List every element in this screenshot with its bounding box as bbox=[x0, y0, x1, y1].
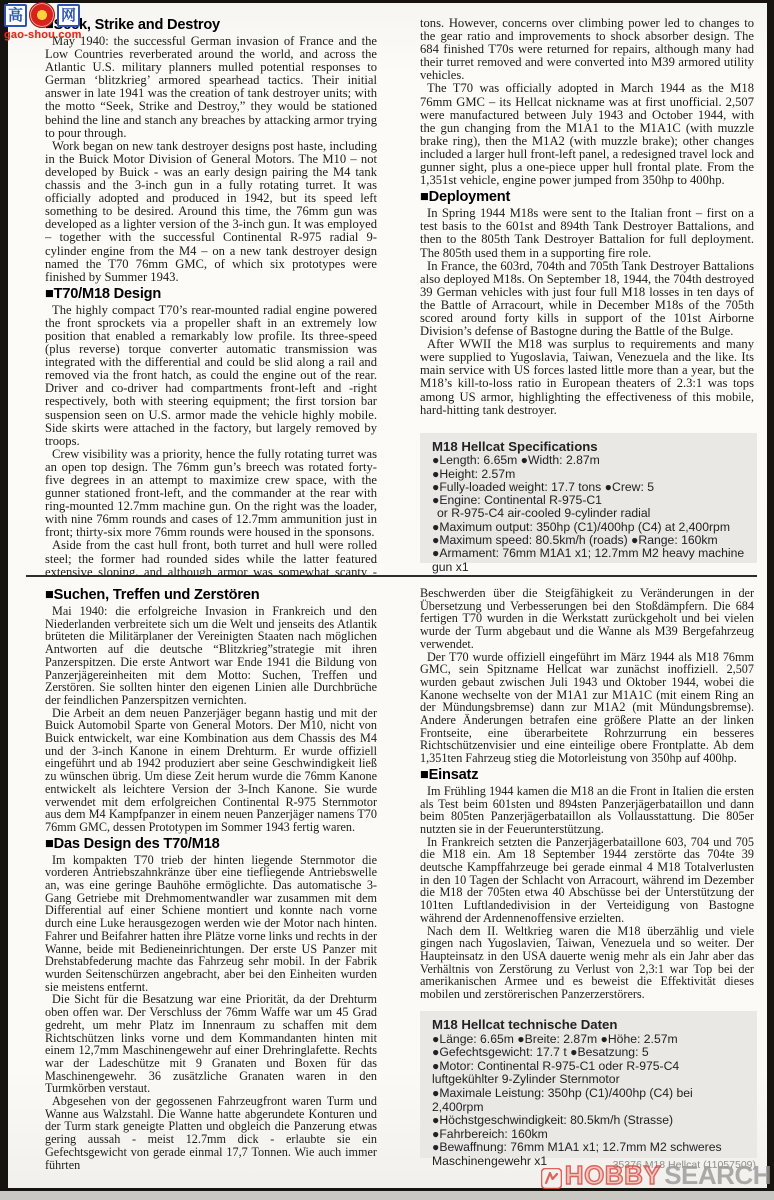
spec-line: ●Height: 2.57m bbox=[432, 468, 745, 481]
spec-line: ●Länge: 6.65m ●Breite: 2.87m ●Höhe: 2.57… bbox=[432, 1033, 745, 1047]
section-divider-rule bbox=[26, 575, 757, 577]
paragraph: Nach dem II. Weltkrieg waren die M18 übe… bbox=[420, 925, 754, 1001]
paragraph: After WWII the M18 was surplus to requir… bbox=[420, 338, 754, 417]
paragraph: Work began on new tank destroyer designs… bbox=[45, 140, 377, 284]
paragraph: Im kompakten T70 trieb der hinten liegen… bbox=[45, 854, 377, 994]
spec-line: ●Motor: Continental R-975-C1 oder R-975-… bbox=[432, 1060, 745, 1087]
german-right-column: Beschwerden über die Steigfähigkeit zu V… bbox=[420, 587, 754, 1007]
section-heading-suchen-treffen-zerstoeren: ■Suchen, Treffen und Zerstören bbox=[45, 587, 377, 604]
scanner-edge-band bbox=[0, 1191, 774, 1200]
spec-line: ●Fahrbereich: 160km bbox=[432, 1128, 745, 1142]
paragraph: The highly compact T70’s rear-mounted ra… bbox=[45, 304, 377, 448]
hobbysearch-logo-icon bbox=[541, 1165, 562, 1186]
gaoshou-char-wang: 网 bbox=[57, 4, 80, 27]
german-left-column: ■Suchen, Treffen und Zerstören Mai 1940:… bbox=[45, 587, 377, 1177]
paragraph: tons. However, concerns over climbing po… bbox=[420, 17, 754, 82]
paragraph: Aside from the cast hull front, both tur… bbox=[45, 539, 377, 577]
specs-box-german: M18 Hellcat technische Daten ●Länge: 6.6… bbox=[420, 1011, 757, 1158]
paragraph: In France, the 603rd, 704th and 705th Ta… bbox=[420, 260, 754, 339]
paragraph: May 1940: the successful German invasion… bbox=[45, 35, 377, 140]
section-heading-deployment: ■Deployment bbox=[420, 189, 754, 206]
paragraph: Beschwerden über die Steigfähigkeit zu V… bbox=[420, 587, 754, 651]
gaoshou-domain-text: gao-shou.com bbox=[4, 29, 120, 41]
specs-box-english: M18 Hellcat Specifications ●Length: 6.65… bbox=[420, 433, 757, 563]
paragraph: Im Frühling 1944 kamen die M18 an die Fr… bbox=[420, 785, 754, 836]
gaoshou-gear-icon bbox=[29, 2, 55, 28]
spec-line: ●Length: 6.65m ●Width: 2.87m bbox=[432, 454, 745, 467]
spec-line: ●Maximale Leistung: 350hp (C1)/400hp (C4… bbox=[432, 1087, 745, 1114]
paragraph: Mai 1940: die erfolgreiche Invasion in F… bbox=[45, 605, 377, 707]
paragraph: Abgesehen von der gegossenen Fahrzeugfro… bbox=[45, 1095, 377, 1171]
paragraph: In Spring 1944 M18s were sent to the Ita… bbox=[420, 207, 754, 259]
section-heading-einsatz: ■Einsatz bbox=[420, 767, 754, 784]
spec-line: ●Armament: 76mm M1A1 x1; 12.7mm M2 heavy… bbox=[432, 547, 745, 574]
gaoshou-char-gao: 高 bbox=[4, 4, 27, 27]
gaoshou-logo: 高 网 bbox=[4, 2, 120, 28]
paragraph: In Frankreich setzten die Panzerjägerbat… bbox=[420, 836, 754, 925]
spec-line: ●Maximum output: 350hp (C1)/400hp (C4) a… bbox=[432, 521, 745, 534]
spec-line: ●Maximum speed: 80.5km/h (roads) ●Range:… bbox=[432, 534, 745, 547]
section-heading-t70-m18-design: ■T70/M18 Design bbox=[45, 286, 377, 303]
specs-title: M18 Hellcat Specifications bbox=[432, 440, 745, 453]
spec-line-continuation: or R-975-C4 air-cooled 9-cylinder radial bbox=[432, 507, 745, 520]
english-left-column: ■Seek, Strike and Destroy May 1940: the … bbox=[45, 17, 377, 577]
spec-line: ●Fully-loaded weight: 17.7 tons ●Crew: 5 bbox=[432, 481, 745, 494]
spec-line: ●Höchstgeschwindigkeit: 80.5km/h (Strass… bbox=[432, 1114, 745, 1128]
paragraph: The T70 was officially adopted in March … bbox=[420, 82, 754, 187]
english-right-column: tons. However, concerns over climbing po… bbox=[420, 17, 754, 429]
paragraph: Der T70 wurde offiziell eingeführt im Mä… bbox=[420, 651, 754, 765]
hobbysearch-hobby-text: HOBBY bbox=[565, 1160, 661, 1191]
paragraph: Die Sicht für die Besatzung war eine Pri… bbox=[45, 993, 377, 1095]
section-heading-das-design: ■Das Design des T70/M18 bbox=[45, 836, 377, 853]
hobbysearch-watermark: HOBBY SEARCH bbox=[541, 1160, 771, 1191]
instruction-page: ■Seek, Strike and Destroy May 1940: the … bbox=[8, 3, 767, 1188]
paragraph: Die Arbeit an dem neuen Panzerjäger bega… bbox=[45, 707, 377, 834]
spec-line: ●Engine: Continental R-975-C1 bbox=[432, 494, 745, 507]
paragraph: Crew visibility was a priority, hence th… bbox=[45, 448, 377, 540]
specs-title: M18 Hellcat technische Daten bbox=[432, 1018, 745, 1032]
hobbysearch-search-text: SEARCH bbox=[664, 1160, 771, 1191]
gaoshou-watermark: 高 网 gao-shou.com bbox=[4, 2, 120, 41]
spec-line: ●Gefechtsgewicht: 17.7 t ●Besatzung: 5 bbox=[432, 1046, 745, 1060]
